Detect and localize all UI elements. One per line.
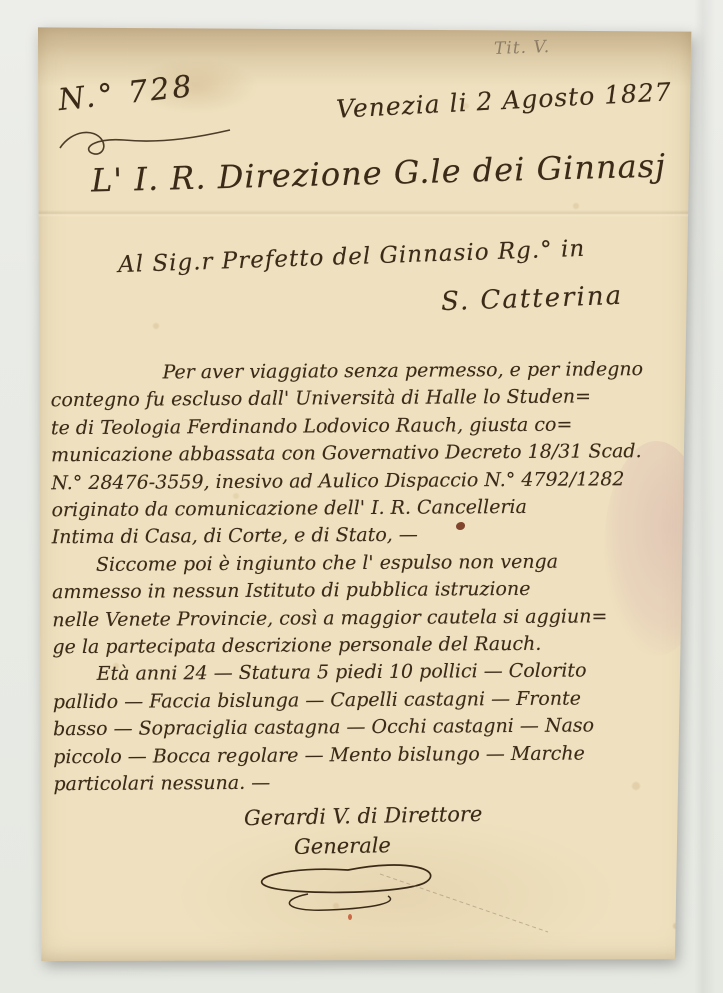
- body-line: Età anni 24 — Statura 5 piedi 10 pollici…: [53, 657, 685, 689]
- body-line: N.° 28476-3559, inesivo ad Aulico Dispac…: [51, 465, 683, 497]
- body-line: ammesso in nessun Istituto di pubblica i…: [52, 575, 684, 607]
- body-line: municazione abbassata con Governativo De…: [51, 438, 683, 470]
- body-line: piccolo — Bocca regolare — Mento bislung…: [53, 739, 685, 771]
- letter-body: Per aver viaggiato senza permesso, e per…: [50, 356, 685, 799]
- fold-crease: [36, 210, 692, 217]
- pencil-classification-note: Tit. V.: [494, 37, 551, 59]
- body-line: basso — Sopraciglia castagna — Occhi cas…: [53, 712, 685, 744]
- body-line: Siccome poi è ingiunto che l' espulso no…: [52, 548, 684, 580]
- letter-paper: Tit. V. N.° 728 Venezia li 2 Agosto 1827…: [36, 26, 692, 962]
- pencil-stroke: [376, 868, 556, 940]
- body-line: te di Teologia Ferdinando Lodovico Rauch…: [51, 411, 683, 443]
- recipient-place: S. Catterina: [441, 281, 624, 317]
- scan-photo: { "colors":{ "background":"#e9ebe6", "pa…: [0, 0, 723, 993]
- body-line: originato da comunicazione dell' I. R. C…: [51, 493, 683, 525]
- closing-signature: Gerardi V. di Direttore: [244, 802, 483, 830]
- body-line: particolari nessuna. —: [53, 767, 685, 799]
- body-line: ge la partecipata descrizione personale …: [52, 630, 684, 662]
- body-line: pallido — Faccia bislunga — Capelli cast…: [53, 685, 685, 717]
- dateline: Venezia li 2 Agosto 1827: [335, 77, 672, 124]
- closing-signature-title: Generale: [294, 833, 391, 859]
- body-line: Intima di Casa, di Corte, e di Stato, —: [52, 520, 684, 552]
- paper-sheet: Tit. V. N.° 728 Venezia li 2 Agosto 1827…: [36, 26, 692, 962]
- recipient-line: Al Sig.r Prefetto del Ginnasio Rg.° in: [118, 236, 586, 278]
- protocol-swash-flourish: [54, 118, 234, 164]
- body-line: nelle Venete Provincie, così a maggior c…: [52, 602, 684, 634]
- protocol-number: N.° 728: [57, 69, 197, 118]
- body-line: Per aver viaggiato senza permesso, e per…: [50, 356, 682, 388]
- body-line: contegno fu escluso dall' Università di …: [51, 383, 683, 415]
